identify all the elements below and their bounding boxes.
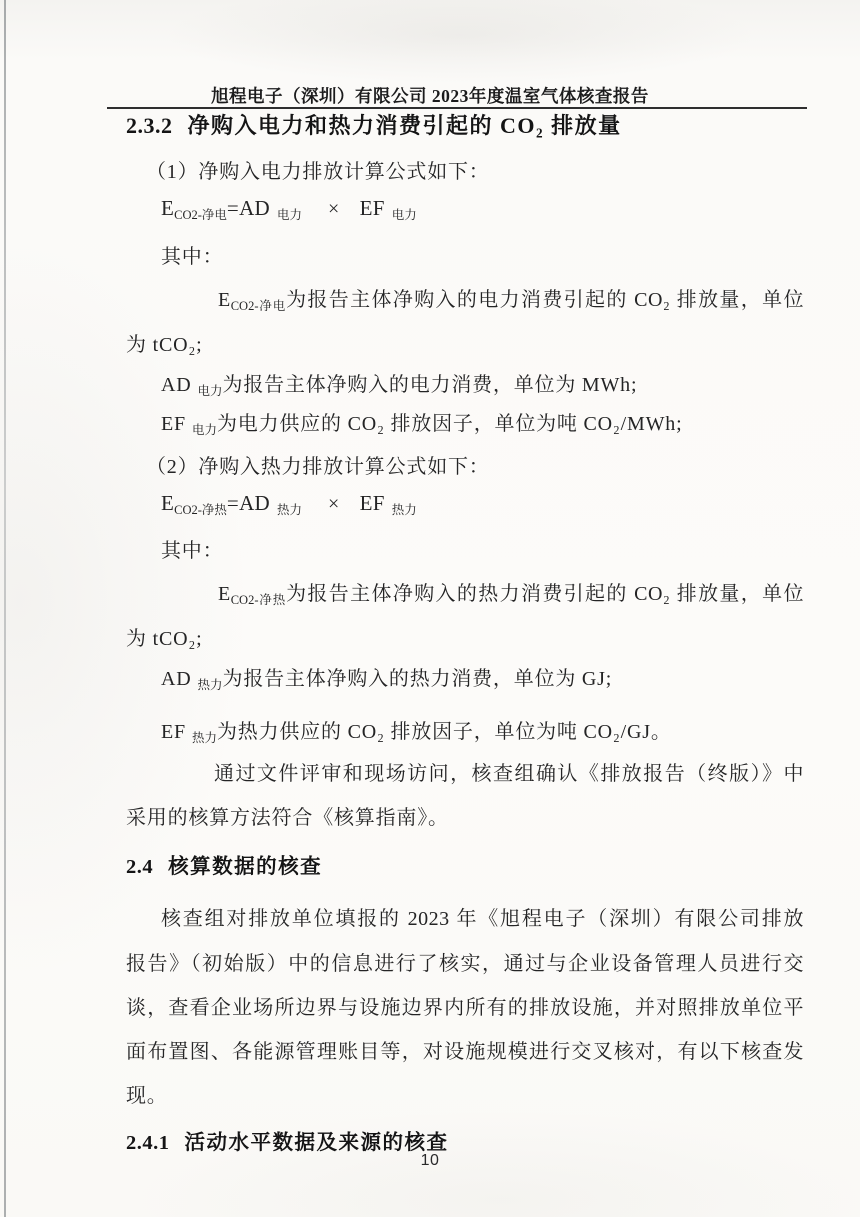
paragraph-electricity-formula-label: （1）净购入电力排放计算公式如下： [146,155,490,184]
def-ad-base: AD [161,668,192,690]
def-e-base: E [218,583,231,605]
definition-ef-heat: EF热力为热力供应的 CO₂ 排放因子，单位为吨 CO₂/GJ。 [161,715,672,744]
definition-e-co2-heat: ECO2-净热为报告主体净购入的热力消费引起的 CO₂ 排放量，单位 [218,577,804,606]
formula-equals-ad: =AD [227,491,270,515]
def-ef-base: EF [161,413,186,435]
def-e-subscript: CO2-净热 [231,593,286,607]
definition-ef-electricity: EF电力为电力供应的 CO₂ 排放因子，单位为吨 CO₂/MWh; [161,407,682,436]
verification-paragraph-line: 谈，查看企业场所边界与设施边界内所有的排放设施，并对照排放单位平 [126,991,804,1020]
definition-e-heat-wrap: 为 tCO₂; [126,622,202,651]
formula-e-base: E [161,491,174,515]
def-ef-text: 为热力供应的 CO₂ 排放因子，单位为吨 CO₂/GJ。 [217,721,672,743]
verification-paragraph-line: 面布置图、各能源管理账目等，对设施规模进行交叉核对，有以下核查发 [126,1035,804,1064]
formula-net-electricity-emissions: ECO2-净电=AD电力×EF电力 [161,196,417,221]
verification-paragraph-line: 现。 [126,1079,168,1108]
def-ef-base: EF [161,721,186,743]
definition-ad-heat: AD热力为报告主体净购入的热力消费，单位为 GJ; [161,662,612,691]
conclusion-line-1: 通过文件评审和现场访问，核查组确认《排放报告（终版）》中 [214,757,804,786]
among-which-label-2: 其中： [161,534,223,563]
section-heading-2-3-2: 2.3.2净购入电力和热力消费引起的 CO₂ 排放量 [126,109,622,140]
def-ad-text: 为报告主体净购入的热力消费，单位为 GJ; [223,668,613,690]
formula-e-subscript: CO2-净电 [174,208,227,222]
formula-ad-subscript: 电力 [277,208,302,222]
formula-ad-subscript: 热力 [277,503,302,517]
document-page: 旭程电子（深圳）有限公司 2023年度温室气体核查报告 2.3.2净购入电力和热… [0,0,860,1217]
def-e-subscript: CO2-净电 [231,299,286,313]
formula-e-base: E [161,196,174,220]
section-number: 2.4 [126,856,153,878]
def-ad-base: AD [161,374,192,396]
section-heading-2-4-1: 2.4.1活动水平数据及来源的核查 [126,1125,449,1155]
paragraph-heat-formula-label: （2）净购入热力排放计算公式如下： [146,450,490,479]
def-ad-text: 为报告主体净购入的电力消费，单位为 MWh; [223,374,638,396]
formula-ef-base: EF [360,491,385,515]
def-e-text: 为报告主体净购入的电力消费引起的 CO₂ 排放量，单位 [286,289,804,311]
def-ef-text: 为电力供应的 CO₂ 排放因子，单位为吨 CO₂/MWh; [217,413,683,435]
section-heading-2-4: 2.4核算数据的核查 [126,849,322,879]
definition-ad-electricity: AD电力为报告主体净购入的电力消费，单位为 MWh; [161,368,637,397]
conclusion-line-2: 采用的核算方法符合《核算指南》。 [126,801,449,830]
formula-ef-subscript: 电力 [392,208,417,222]
section-title: 活动水平数据及来源的核查 [185,1132,449,1154]
def-ad-subscript: 热力 [198,678,223,692]
section-number: 2.3.2 [126,113,173,138]
def-e-base: E [218,289,231,311]
among-which-label-1: 其中： [161,240,223,269]
verification-paragraph-line: 报告》（初始版）中的信息进行了核实，通过与企业设备管理人员进行交 [126,947,804,976]
formula-e-subscript: CO2-净热 [174,503,227,517]
formula-equals-ad: =AD [227,196,270,220]
def-ad-subscript: 电力 [198,384,223,398]
definition-e-co2-electricity: ECO2-净电为报告主体净购入的电力消费引起的 CO₂ 排放量，单位 [218,283,804,312]
multiplication-sign: × [328,493,340,516]
scan-edge-artifact [4,0,6,1217]
formula-net-heat-emissions: ECO2-净热=AD热力×EF热力 [161,491,417,516]
multiplication-sign: × [328,198,340,221]
page-number: 10 [0,1152,860,1170]
definition-e-electricity-wrap: 为 tCO₂; [126,328,202,357]
section-title: 净购入电力和热力消费引起的 CO₂ 排放量 [188,113,622,138]
def-e-text: 为报告主体净购入的热力消费引起的 CO₂ 排放量，单位 [286,583,804,605]
def-ef-subscript: 热力 [192,731,217,745]
verification-paragraph-line: 核查组对排放单位填报的 2023 年《旭程电子（深圳）有限公司排放 [161,902,804,931]
page-header-title: 旭程电子（深圳）有限公司 2023年度温室气体核查报告 [0,83,860,108]
formula-ef-base: EF [360,196,385,220]
formula-ef-subscript: 热力 [392,503,417,517]
section-title: 核算数据的核查 [168,856,322,878]
def-ef-subscript: 电力 [192,423,217,437]
section-number: 2.4.1 [126,1132,170,1154]
